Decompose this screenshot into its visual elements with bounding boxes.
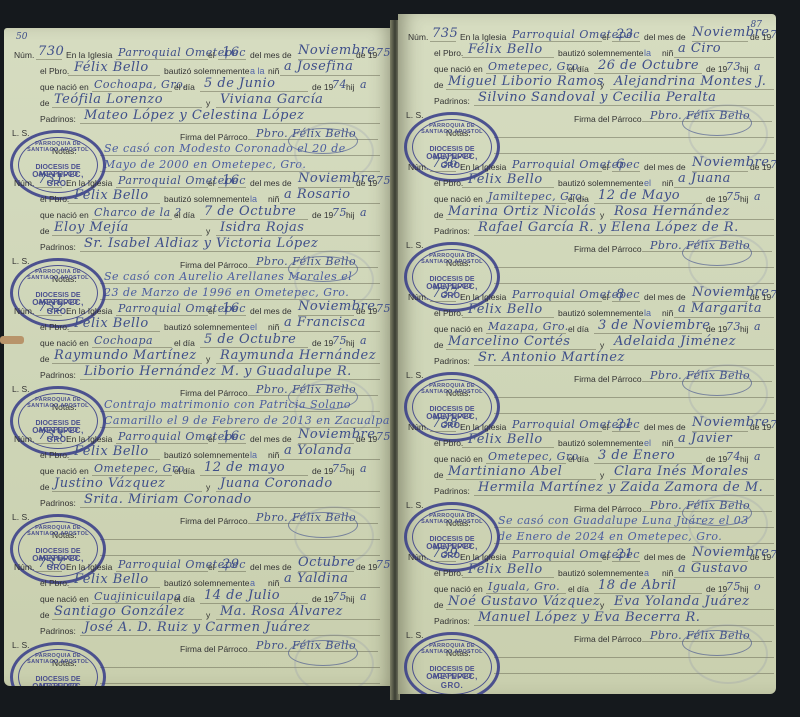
num-label: Núm. (14, 434, 34, 444)
mother-name: Juana Coronado (220, 476, 333, 491)
born-in-label: que nació en (434, 194, 483, 204)
day-label: el (208, 562, 215, 572)
stamp-town-text: OMETEPEC, GRO. (419, 672, 485, 690)
priest-label: el Pbro. (434, 178, 463, 188)
child-name: a Josefina (284, 59, 353, 74)
stamp-parish-text: PARROQUIA DE SANTIAGO APOSTOL (23, 269, 93, 281)
baptism-day: 16 (222, 173, 240, 188)
and-label: y (206, 226, 210, 236)
mother-name: Eva Yolanda Juárez (614, 594, 750, 609)
year-label: de 19 (356, 50, 377, 60)
birth-year-label: de 19 (312, 466, 333, 476)
birth-date: 5 de Junio (204, 76, 276, 91)
and-label: y (600, 80, 604, 90)
article: a (250, 578, 255, 588)
record-number: 739 (432, 546, 458, 561)
stamp-parish-text: PARROQUIA DE SANTIAGO APOSTOL (23, 141, 93, 153)
birth-date: 18 de Abril (598, 578, 677, 593)
birth-year-label: de 19 (312, 338, 333, 348)
baptized-label: bautizó solemnemente (164, 194, 250, 204)
birth-year-label: de 19 (706, 64, 727, 74)
priest-label: el Pbro. (434, 308, 463, 318)
year-label: de 19 (750, 162, 771, 172)
num-label: Núm. (14, 178, 34, 188)
birthplace: Cochoapa (94, 334, 153, 347)
born-day-label: el día (174, 594, 195, 604)
priest-name: Félix Bello (468, 302, 543, 317)
hij-label: hij (346, 338, 355, 348)
hij-label: hij (346, 82, 355, 92)
stamp-parish-text: PARROQUIA DE SANTIAGO APOSTOL (417, 383, 487, 395)
ls-label: L. S. (406, 110, 423, 120)
and-label: y (206, 610, 210, 620)
stamp-parish-text: PARROQUIA DE SANTIAGO APOSTOL (417, 513, 487, 525)
signature-label: Firma del Párroco (574, 374, 642, 384)
hij-suffix: a (360, 78, 367, 91)
record-number: 730 (38, 44, 64, 59)
hij-label: hij (346, 594, 355, 604)
father-name: Miguel Liborio Ramos (448, 74, 604, 89)
article: la (250, 450, 257, 460)
born-in-label: que nació en (434, 324, 483, 334)
signature-label: Firma del Párroco (574, 504, 642, 514)
stamp-parish-text: PARROQUIA DE SANTIAGO APOSTOL (417, 643, 487, 655)
baptism-year: 75 (376, 174, 391, 187)
baptism-day: 16 (222, 45, 240, 60)
day-label: el (602, 422, 609, 432)
godparents-names: Rafael García R. y Elena López de R. (478, 220, 739, 235)
priest-label: el Pbro. (40, 194, 69, 204)
birth-year-label: de 19 (312, 594, 333, 604)
year-label: de 19 (356, 178, 377, 188)
record-number: 736 (432, 156, 458, 171)
and-label: y (600, 470, 604, 480)
mother-name: Viviana García (220, 92, 323, 107)
born-in-label: que nació en (434, 584, 483, 594)
godparents-label: Padrinos: (434, 226, 470, 236)
birth-date: 12 de Mayo (598, 188, 680, 203)
hij-suffix: a (754, 60, 761, 73)
child-label: niñ (662, 308, 673, 318)
hij-label: hij (740, 194, 749, 204)
hij-label: hij (740, 324, 749, 334)
num-label: Núm. (408, 292, 428, 302)
priest-label: el Pbro. (434, 48, 463, 58)
signature-label: Firma del Párroco (180, 260, 248, 270)
birth-year-label: de 19 (706, 584, 727, 594)
born-in-label: que nació en (40, 338, 89, 348)
parish-seal-stamp: PARROQUIA DE SANTIAGO APOSTOL DIOCESIS D… (404, 632, 500, 694)
faint-seal-impression (294, 634, 374, 686)
num-label: Núm. (408, 162, 428, 172)
signature-label: Firma del Párroco (574, 114, 642, 124)
stamp-diocese-text: DIOCESIS DE ACAPULCO (19, 676, 97, 686)
hij-label: hij (740, 454, 749, 464)
hij-suffix: a (754, 450, 761, 463)
baptism-year: 75 (376, 46, 391, 59)
hij-suffix: a (360, 206, 367, 219)
birth-date: 26 de Octubre (598, 58, 699, 73)
day-label: el (208, 50, 215, 60)
page-corner-mark: 50 (16, 32, 27, 42)
of-label: de (434, 210, 443, 220)
baptized-label: bautizó solemnemente (558, 438, 644, 448)
birth-year: 74 (726, 450, 741, 463)
baptism-day: 16 (222, 301, 240, 316)
left-page: 50 Núm. 730 En la Iglesia Parroquial Ome… (4, 28, 394, 686)
baptism-month: Octubre (298, 555, 355, 570)
priest-label: el Pbro. (434, 568, 463, 578)
godparents-label: Padrinos: (434, 616, 470, 626)
priest-label: el Pbro. (40, 450, 69, 460)
church-label: En la Iglesia (460, 552, 506, 562)
article: la (644, 48, 651, 58)
hij-label: hij (740, 584, 749, 594)
child-label: niñ (268, 578, 279, 588)
baptism-day: 21 (616, 547, 634, 562)
birth-year: 75 (332, 590, 347, 603)
church-label: En la Iglesia (460, 422, 506, 432)
baptism-year: 73 (770, 288, 776, 301)
faint-seal-impression (688, 624, 768, 684)
day-label: el (602, 162, 609, 172)
baptism-year: 75 (376, 558, 391, 571)
baptism-year: 75 (770, 158, 776, 171)
godparents-label: Padrinos: (40, 370, 76, 380)
of-label: de (40, 98, 49, 108)
child-name: a Yolanda (284, 443, 352, 458)
record-number: 738 (432, 416, 458, 431)
signature-label: Firma del Párroco (180, 388, 248, 398)
godparents-names: Sr. Antonio Martínez (478, 350, 625, 365)
year-label: de 19 (750, 32, 771, 42)
priest-label: el Pbro. (434, 438, 463, 448)
born-day-label: el día (174, 210, 195, 220)
church-label: En la Iglesia (460, 162, 506, 172)
child-label: niñ (268, 194, 279, 204)
baptized-label: bautizó solemnemente (164, 578, 250, 588)
mother-name: Alejandrina Montes J. (614, 74, 766, 89)
article: la (250, 194, 257, 204)
born-day-label: el día (568, 324, 589, 334)
godparents-names: José A. D. Ruiz y Carmen Juárez (84, 620, 310, 635)
num-label: Núm. (14, 50, 34, 60)
church-label: En la Iglesia (66, 434, 112, 444)
baptism-day: 8 (616, 287, 625, 302)
of-label: de (434, 340, 443, 350)
article: el (644, 438, 651, 448)
baptism-day: 16 (222, 429, 240, 444)
baptized-label: bautizó solemnemente (558, 308, 644, 318)
stamp-parish-text: PARROQUIA DE SANTIAGO APOSTOL (23, 525, 93, 537)
father-name: Marina Ortiz Nicolás (448, 204, 596, 219)
father-name: Noé Gustavo Vázquez (448, 594, 600, 609)
of-label: de (40, 226, 49, 236)
baptism-year: 75 (770, 28, 776, 41)
num-label: Núm. (14, 562, 34, 572)
birth-date: 5 de Octubre (204, 332, 296, 347)
godparents-names: Mateo López y Celestina López (84, 108, 305, 123)
register-book: 50 Núm. 730 En la Iglesia Parroquial Ome… (0, 0, 800, 717)
signature-label: Firma del Párroco (180, 132, 248, 142)
mother-name: Ma. Rosa Álvarez (220, 604, 343, 619)
birth-year-label: de 19 (706, 194, 727, 204)
bookmark-ribbon (0, 336, 24, 344)
baptism-day: 23 (616, 27, 634, 42)
ls-label: L. S. (406, 500, 423, 510)
church-label: En la Iglesia (66, 178, 112, 188)
year-label: de 19 (750, 422, 771, 432)
day-label: el (602, 552, 609, 562)
priest-label: el Pbro. (40, 578, 69, 588)
birth-year: 73 (726, 60, 741, 73)
hij-suffix: a (360, 334, 367, 347)
birthplace: Iguala, Gro. (488, 580, 560, 593)
godparents-names: Sr. Isabel Aldiaz y Victoria López (84, 236, 318, 251)
mother-name: Clara Inés Morales (614, 464, 749, 479)
birth-year-label: de 19 (706, 454, 727, 464)
birth-year: 74 (332, 78, 347, 91)
priest-name: Félix Bello (74, 444, 149, 459)
birth-year-label: de 19 (312, 210, 333, 220)
born-in-label: que nació en (40, 466, 89, 476)
birthplace: Charco de la ? (94, 206, 181, 219)
stamp-town-text: OMETEPEC, GRO. (25, 682, 91, 686)
born-day-label: el día (568, 584, 589, 594)
birth-year-label: de 19 (706, 324, 727, 334)
godparents-label: Padrinos: (434, 486, 470, 496)
baptism-year: 73 (770, 418, 776, 431)
and-label: y (600, 340, 604, 350)
born-in-label: que nació en (434, 454, 483, 464)
year-label: de 19 (750, 552, 771, 562)
priest-label: el Pbro. (40, 66, 69, 76)
day-label: el (602, 32, 609, 42)
of-label: de (434, 470, 443, 480)
and-label: y (206, 354, 210, 364)
of-label: de (40, 610, 49, 620)
godparents-label: Padrinos: (434, 96, 470, 106)
record-number: 733 (38, 428, 64, 443)
father-name: Eloy Mejía (54, 220, 129, 235)
article: a la (250, 66, 265, 76)
ls-label: L. S. (12, 384, 29, 394)
child-name: a Javier (678, 431, 732, 446)
baptized-label: bautizó solemnemente (558, 48, 644, 58)
and-label: y (206, 98, 210, 108)
father-name: Teófila Lorenzo (54, 92, 163, 107)
church-label: En la Iglesia (66, 306, 112, 316)
num-label: Núm. (408, 552, 428, 562)
child-label: niñ (268, 66, 279, 76)
baptized-label: bautizó solemnemente (164, 450, 250, 460)
ls-label: L. S. (12, 640, 29, 650)
year-label: de 19 (356, 434, 377, 444)
priest-name: Félix Bello (74, 572, 149, 587)
child-label: niñ (268, 322, 279, 332)
article: el (644, 178, 651, 188)
birth-date: 3 de Enero (598, 448, 675, 463)
father-name: Martiniano Abel (448, 464, 562, 479)
born-day-label: el día (568, 454, 589, 464)
godparents-names: Liborio Hernández M. y Guadalupe R. (84, 364, 352, 379)
priest-name: Félix Bello (74, 188, 149, 203)
birth-year: 75 (726, 190, 741, 203)
day-label: el (208, 306, 215, 316)
priest-label: el Pbro. (40, 322, 69, 332)
born-in-label: que nació en (40, 82, 89, 92)
right-page: 87 Núm. 735 En la Iglesia Parroquial Ome… (398, 14, 776, 694)
godparents-names: Hermila Martínez y Zaida Zamora de M. (478, 480, 763, 495)
birth-date: 12 de mayo (204, 460, 285, 475)
record-number: 737 (432, 286, 458, 301)
church-label: En la Iglesia (460, 292, 506, 302)
num-label: Núm. (14, 306, 34, 316)
child-name: a Rosario (284, 187, 351, 202)
birth-year: 73 (726, 320, 741, 333)
hij-label: hij (346, 466, 355, 476)
signature-label: Firma del Párroco (180, 644, 248, 654)
birth-date: 7 de Octubre (204, 204, 296, 219)
stamp-parish-text: PARROQUIA DE SANTIAGO APOSTOL (417, 123, 487, 135)
child-label: niñ (662, 178, 673, 188)
child-name: a Margarita (678, 301, 762, 316)
ls-label: L. S. (406, 370, 423, 380)
father-name: Marcelino Cortés (448, 334, 570, 349)
priest-name: Félix Bello (468, 172, 543, 187)
born-in-label: que nació en (434, 64, 483, 74)
godparents-label: Padrinos: (434, 356, 470, 366)
record-number: 732 (38, 300, 64, 315)
of-label: de (434, 600, 443, 610)
hij-suffix: a (754, 190, 761, 203)
baptized-label: bautizó solemnemente (164, 322, 250, 332)
birth-date: 14 de Julio (204, 588, 280, 603)
godparents-label: Padrinos: (40, 626, 76, 636)
priest-name: Félix Bello (74, 60, 149, 75)
godparents-label: Padrinos: (40, 242, 76, 252)
day-label: el (208, 178, 215, 188)
godparents-label: Padrinos: (40, 114, 76, 124)
church-label: En la Iglesia (66, 50, 112, 60)
child-name: a Francisca (284, 315, 366, 330)
child-label: niñ (662, 438, 673, 448)
signature-label: Firma del Párroco (574, 244, 642, 254)
birth-year: 75 (332, 206, 347, 219)
mother-name: Raymunda Hernández (220, 348, 376, 363)
priest-name: Félix Bello (468, 562, 543, 577)
father-name: Justino Vázquez (54, 476, 166, 491)
born-day-label: el día (174, 338, 195, 348)
stamp-diocese-text: DIOCESIS DE ACAPULCO (413, 666, 491, 680)
born-day-label: el día (174, 466, 195, 476)
year-label: de 19 (356, 562, 377, 572)
priest-name: Félix Bello (74, 316, 149, 331)
child-name: a Gustavo (678, 561, 748, 576)
hij-label: hij (740, 64, 749, 74)
born-day-label: el día (568, 194, 589, 204)
note-line-2: Mayo de 2000 en Ometepec, Gro. (104, 158, 306, 171)
of-label: de (40, 482, 49, 492)
record-number: 737 (38, 556, 64, 571)
baptism-year: 75 (376, 430, 391, 443)
birth-year: 75 (332, 462, 347, 475)
birth-date: 3 de Noviembre (598, 318, 711, 333)
hij-suffix: a (754, 320, 761, 333)
signature-label: Firma del Párroco (574, 634, 642, 644)
of-label: de (434, 80, 443, 90)
baptism-year: 75 (376, 302, 391, 315)
father-name: Raymundo Martínez (54, 348, 197, 363)
godparents-names: Srita. Miriam Coronado (84, 492, 252, 507)
day-label: el (208, 434, 215, 444)
article: a (644, 568, 649, 578)
birth-year: 75 (726, 580, 741, 593)
mother-name: Isidra Rojas (220, 220, 304, 235)
mother-name: Rosa Hernández (614, 204, 730, 219)
and-label: y (600, 210, 604, 220)
hij-suffix: a (360, 590, 367, 603)
ls-label: L. S. (12, 256, 29, 266)
born-day-label: el día (174, 82, 195, 92)
priest-name: Félix Bello (468, 42, 543, 57)
stamp-parish-text: PARROQUIA DE SANTIAGO APOSTOL (417, 253, 487, 265)
hij-suffix: a (360, 462, 367, 475)
record-number: 731 (38, 172, 64, 187)
article: la (644, 308, 651, 318)
mother-name: Adelaida Jiménez (614, 334, 736, 349)
baptized-label: bautizó solemnemente (164, 66, 250, 76)
ls-label: L. S. (406, 630, 423, 640)
day-label: el (602, 292, 609, 302)
church-label: En la Iglesia (66, 562, 112, 572)
num-label: Núm. (408, 32, 428, 42)
stamp-parish-text: PARROQUIA DE SANTIAGO APOSTOL (23, 653, 93, 665)
and-label: y (206, 482, 210, 492)
born-day-label: el día (568, 64, 589, 74)
child-label: niñ (662, 568, 673, 578)
born-in-label: que nació en (40, 210, 89, 220)
baptism-day: 29 (222, 557, 240, 572)
baptism-year: 75 (770, 548, 776, 561)
ls-label: L. S. (12, 128, 29, 138)
birthplace: Cuajinicuilapa (94, 590, 181, 603)
child-label: niñ (662, 48, 673, 58)
birthplace: Mazapa, Gro. (488, 320, 569, 333)
child-name: a Ciro (678, 41, 721, 56)
godparents-names: Silvino Sandoval y Cecilia Peralta (478, 90, 716, 105)
baptism-day: 21 (616, 417, 634, 432)
church-label: En la Iglesia (460, 32, 506, 42)
child-label: niñ (268, 450, 279, 460)
birth-year: 75 (332, 334, 347, 347)
hij-label: hij (346, 210, 355, 220)
child-name: a Juana (678, 171, 731, 186)
child-name: a Yaldina (284, 571, 348, 586)
hij-suffix: o (754, 580, 761, 593)
num-label: Núm. (408, 422, 428, 432)
born-in-label: que nació en (40, 594, 89, 604)
stamp-parish-text: PARROQUIA DE SANTIAGO APOSTOL (23, 397, 93, 409)
ls-label: L. S. (12, 512, 29, 522)
birth-year-label: de 19 (312, 82, 333, 92)
baptized-label: bautizó solemnemente (558, 178, 644, 188)
ls-label: L. S. (406, 240, 423, 250)
article: el (250, 322, 257, 332)
and-label: y (600, 600, 604, 610)
record-number: 735 (432, 26, 458, 41)
of-label: de (40, 354, 49, 364)
